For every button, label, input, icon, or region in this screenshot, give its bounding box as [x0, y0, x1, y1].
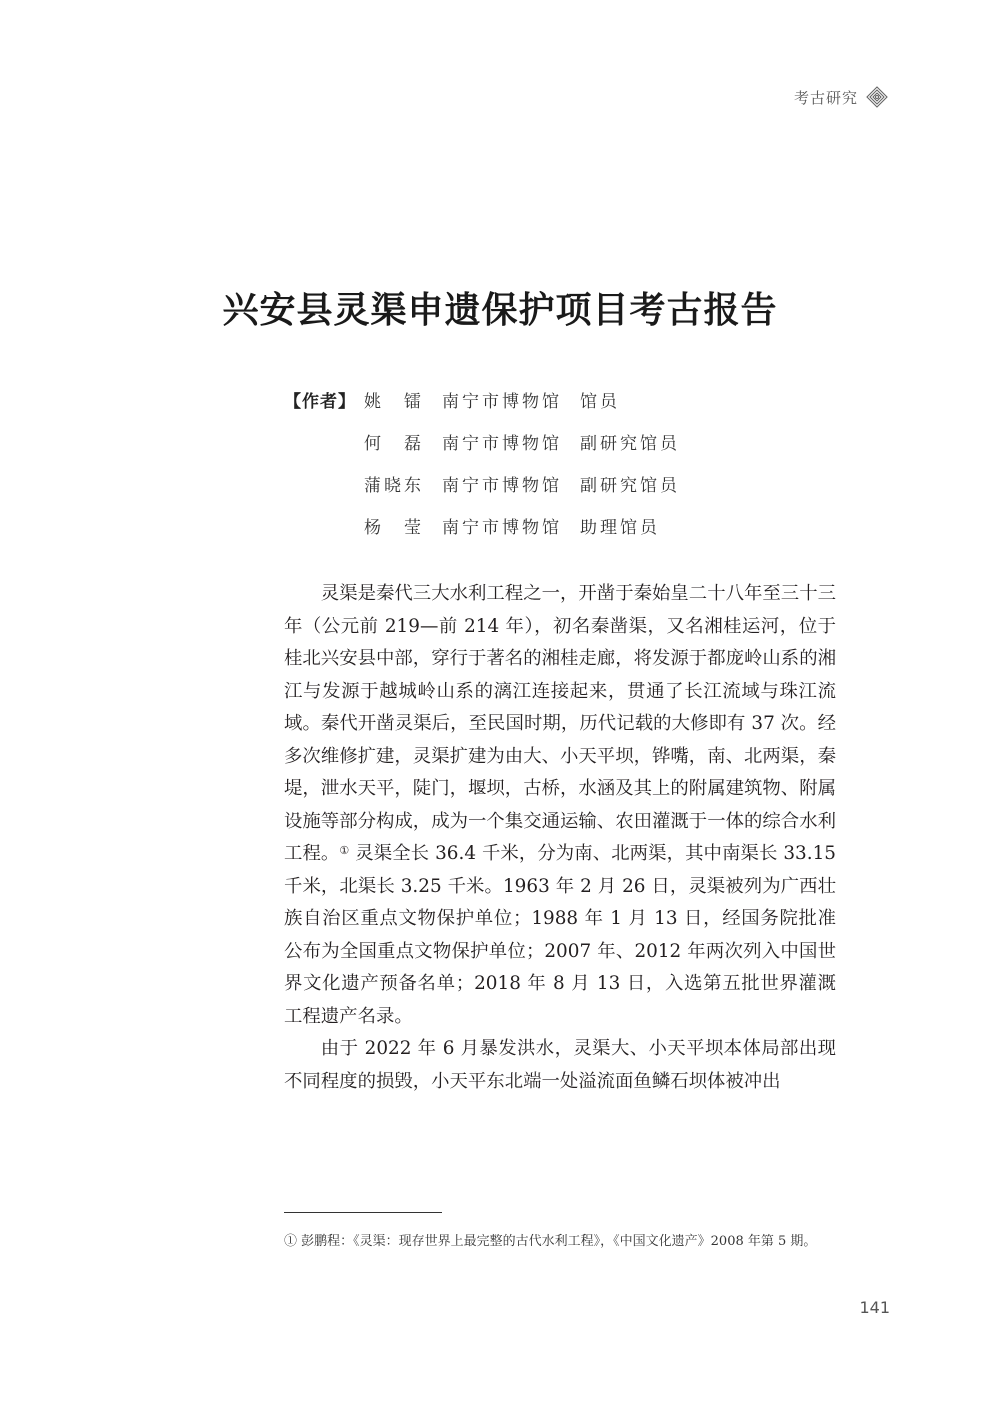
authors-label: 【作者】	[284, 387, 364, 412]
author-row: 何 磊 南宁市博物馆 副研究馆员	[284, 420, 680, 462]
author-org: 南宁市博物馆	[442, 513, 580, 538]
footnote: ① 彭鹏程：《灵渠：现存世界上最完整的古代水利工程》，《中国文化遗产》2008 …	[284, 1228, 836, 1255]
author-row: 杨 莹 南宁市博物馆 助理馆员	[284, 504, 680, 546]
author-row: 蒲晓东 南宁市博物馆 副研究馆员	[284, 462, 680, 504]
article-body: 灵渠是秦代三大水利工程之一，开凿于秦始皇二十八年至三十三年（公元前 219—前 …	[284, 578, 836, 1098]
author-rank: 馆员	[580, 387, 620, 412]
author-rank: 副研究馆员	[580, 471, 680, 496]
author-org: 南宁市博物馆	[442, 471, 580, 496]
author-org: 南宁市博物馆	[442, 429, 580, 454]
footnote-text: 彭鹏程：《灵渠：现存世界上最完整的古代水利工程》，《中国文化遗产》2008 年第…	[297, 1234, 816, 1249]
author-rank: 副研究馆员	[580, 429, 680, 454]
paragraph-text: 灵渠全长 36.4 千米，分为南、北两渠，其中南渠长 33.15 千米，北渠长 …	[284, 843, 836, 1027]
author-list: 【作者】 姚 镭 南宁市博物馆 馆员 何 磊 南宁市博物馆 副研究馆员 蒲晓东 …	[284, 378, 680, 546]
author-name: 姚 镭	[364, 387, 442, 412]
paragraph: 灵渠是秦代三大水利工程之一，开凿于秦始皇二十八年至三十三年（公元前 219—前 …	[284, 578, 836, 1033]
author-name: 蒲晓东	[364, 471, 442, 496]
footnote-mark: ①	[284, 1234, 297, 1249]
page-number: 141	[859, 1298, 890, 1317]
author-rank: 助理馆员	[580, 513, 660, 538]
running-head: 考古研究	[794, 86, 888, 108]
author-name: 杨 莹	[364, 513, 442, 538]
concentric-diamond-icon	[866, 86, 888, 108]
article-title: 兴安县灵渠申遗保护项目考古报告	[0, 282, 1000, 333]
footnote-reference[interactable]: ①	[339, 844, 349, 857]
paragraph-text: 灵渠是秦代三大水利工程之一，开凿于秦始皇二十八年至三十三年（公元前 219—前 …	[284, 583, 836, 864]
section-label: 考古研究	[794, 87, 858, 108]
footnote-divider	[284, 1212, 442, 1213]
author-row: 【作者】 姚 镭 南宁市博物馆 馆员	[284, 378, 680, 420]
author-org: 南宁市博物馆	[442, 387, 580, 412]
author-name: 何 磊	[364, 429, 442, 454]
paragraph: 由于 2022 年 6 月暴发洪水，灵渠大、小天平坝本体局部出现不同程度的损毁，…	[284, 1033, 836, 1098]
